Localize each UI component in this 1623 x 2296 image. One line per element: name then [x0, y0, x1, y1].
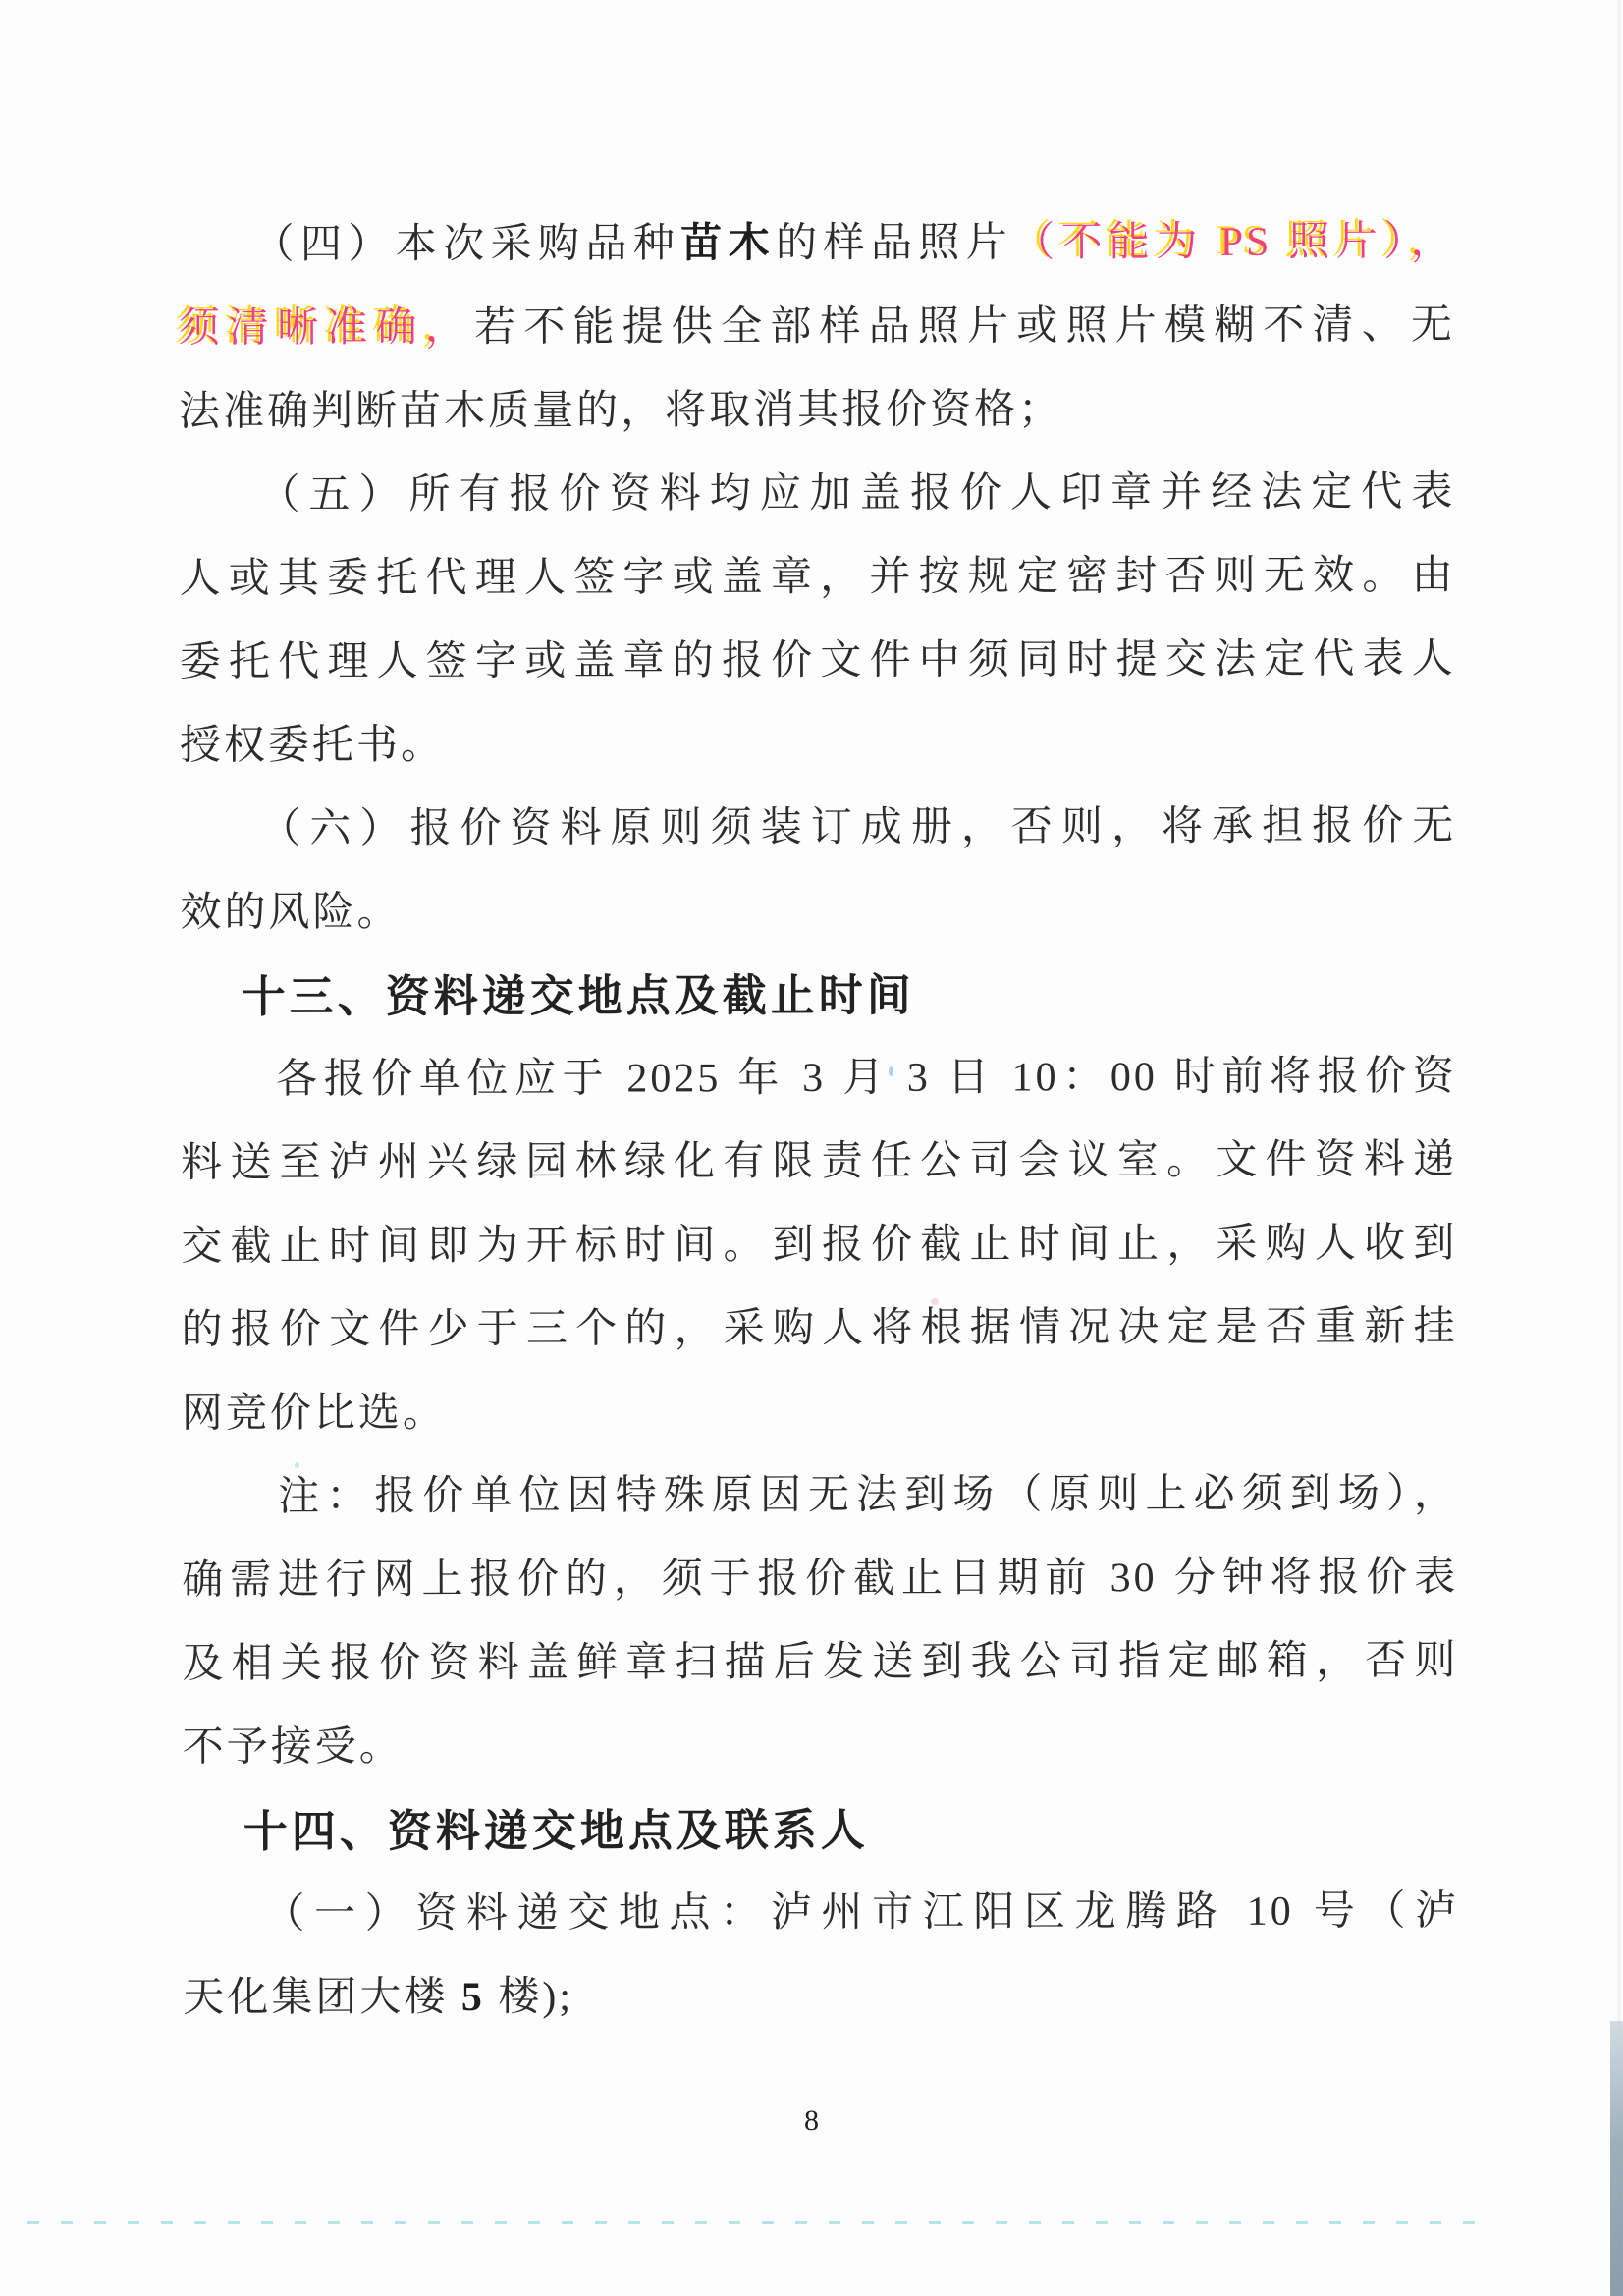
text-line: 料送至泸州兴绿园林绿化有限责任公司会议室。文件资料递: [181, 1119, 1457, 1205]
text-segment: 授权委托书。: [180, 723, 445, 769]
text-segment: 效的风险。: [180, 890, 401, 936]
scan-edge-strip: [1610, 2021, 1623, 2296]
text-segment: 交截止时间即为开标时间。到报价截止时间止，采购人收到: [181, 1221, 1457, 1269]
text-line: 及相关报价资料盖鲜章扫描后发送到我公司指定邮箱，否则: [182, 1619, 1458, 1706]
text-line: 网竞价比选。: [182, 1369, 1458, 1455]
text-line: （四）本次采购品种苗木的样品照片（不能为 PS 照片），: [179, 200, 1455, 287]
text-segment: 的报价文件少于三个的，采购人将根据情况决定是否重新挂: [181, 1304, 1457, 1352]
text-line: 不予接受。: [183, 1703, 1459, 1789]
text-segment: 法准确判断苗木质量的，将取消其报价资格；: [179, 387, 1062, 434]
text-segment: 十四、资料递交地点及联系人: [243, 1805, 869, 1857]
text-segment: （五）所有报价资料均应加盖报价人印章并经法定代表: [179, 469, 1455, 518]
text-line: 法准确判断苗木质量的，将取消其报价资格；: [179, 367, 1455, 454]
highlighted-red-text: 须清晰准确，: [179, 305, 474, 352]
text-segment: 委托代理人签字或盖章的报价文件中须同时提交法定代表人: [180, 636, 1456, 684]
text-line: 人或其委托代理人签字或盖章，并按规定密封否则无效。由: [179, 534, 1455, 621]
text-segment: 天化集团大楼: [183, 1975, 461, 2021]
text-segment: （一）资料递交地点：泸州市江阳区龙腾路 10 号（泸: [183, 1888, 1459, 1937]
text-segment: 楼);: [485, 1975, 573, 2020]
text-line: 交截止时间即为开标时间。到报价截止时间止，采购人收到: [181, 1202, 1457, 1288]
section-heading: 十三、资料递交地点及截止时间: [181, 952, 1457, 1038]
text-segment: 十三、资料递交地点及截止时间: [242, 970, 915, 1022]
text-segment: （六）报价资料原则须装订成册，否则，将承担报价无: [180, 803, 1456, 851]
text-line: （五）所有报价资料均应加盖报价人印章并经法定代表: [179, 451, 1455, 537]
text-segment: 若不能提供全部样品照片或照片模糊不清、无: [474, 302, 1455, 351]
text-line: 确需进行网上报价的，须于报价截止日期前 30 分钟将报价表: [182, 1536, 1458, 1622]
text-line: 的报价文件少于三个的，采购人将根据情况决定是否重新挂: [181, 1285, 1457, 1372]
text-line: 授权委托书。: [180, 701, 1456, 788]
highlighted-red-text: （不能为 PS 照片），: [1013, 219, 1455, 265]
text-segment: 各报价单位应于 2025 年 3 月 3 日 10：00 时前将报价资: [181, 1054, 1457, 1102]
text-line: 效的风险。: [180, 868, 1456, 955]
scan-artifact-line: [27, 2221, 1481, 2224]
scan-edge-shadow: [1617, 0, 1621, 2296]
text-segment: （四）本次采购品种: [179, 221, 681, 267]
scan-speck: [931, 1298, 939, 1305]
text-line: 天化集团大楼 5 楼);: [183, 1953, 1459, 2040]
text-line: 须清晰准确，若不能提供全部样品照片或照片模糊不清、无: [179, 284, 1455, 370]
text-segment: 料送至泸州兴绿园林绿化有限责任公司会议室。文件资料递: [181, 1137, 1457, 1185]
scan-speck: [295, 1462, 299, 1468]
text-line: 委托代理人签字或盖章的报价文件中须同时提交法定代表人: [180, 618, 1456, 704]
bold-text: 苗木: [680, 221, 776, 266]
text-segment: 注：报价单位因特殊原因无法到场（原则上必须到场），: [182, 1471, 1458, 1519]
scanned-document-page: （四）本次采购品种苗木的样品照片（不能为 PS 照片），须清晰准确，若不能提供全…: [0, 0, 1623, 2296]
text-segment: 不予接受。: [183, 1724, 404, 1771]
text-line: （一）资料递交地点：泸州市江阳区龙腾路 10 号（泸: [183, 1870, 1459, 1956]
document-body: （四）本次采购品种苗木的样品照片（不能为 PS 照片），须清晰准确，若不能提供全…: [179, 200, 1460, 2040]
text-line: 注：报价单位因特殊原因无法到场（原则上必须到场），: [182, 1452, 1458, 1539]
section-heading: 十四、资料递交地点及联系人: [183, 1786, 1459, 1873]
text-line: （六）报价资料原则须装订成册，否则，将承担报价无: [180, 785, 1456, 871]
scan-speck: [889, 1066, 893, 1076]
text-segment: 网竞价比选。: [182, 1391, 447, 1437]
text-segment: 的样品照片: [776, 220, 1013, 266]
page-number: 8: [0, 2102, 1623, 2141]
text-segment: 确需进行网上报价的，须于报价截止日期前 30 分钟将报价表: [182, 1555, 1458, 1603]
bold-text: 5: [461, 1975, 485, 2020]
text-line: 各报价单位应于 2025 年 3 月 3 日 10：00 时前将报价资: [181, 1035, 1457, 1121]
text-segment: 人或其委托代理人签字或盖章，并按规定密封否则无效。由: [179, 553, 1455, 601]
text-segment: 及相关报价资料盖鲜章扫描后发送到我公司指定邮箱，否则: [182, 1638, 1458, 1686]
